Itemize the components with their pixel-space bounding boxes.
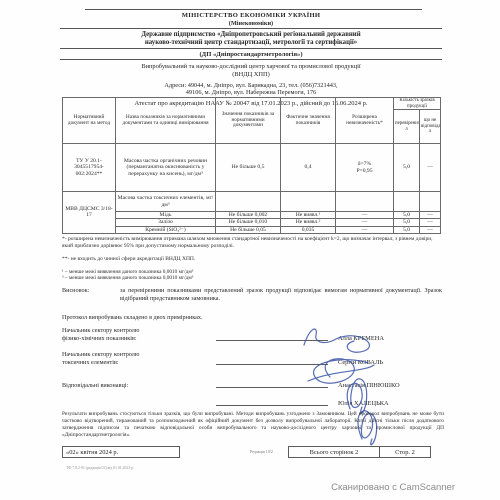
conclusion-label: Висновок:: [62, 287, 120, 304]
cell-samples-checked: 5,0: [394, 144, 420, 192]
cell-empty: [216, 192, 281, 212]
accreditation-footnote: **- не входить до чинної сфери акредитац…: [62, 256, 442, 263]
divider: [60, 28, 442, 29]
column-header-samples-checked: перевірених, л: [394, 110, 420, 144]
cell-norm-value: Не більше 0,002: [216, 212, 281, 219]
column-header-indicator: Назва показників за нормативними докумен…: [116, 98, 216, 144]
signature-name: Юлія ХАЛЕЦЬКА: [328, 400, 389, 407]
results-table: Нормативний документ на метод Назва пока…: [62, 97, 440, 234]
signature-line: [216, 332, 328, 341]
cell-uncertainty: —: [336, 226, 394, 233]
cell-indicator: Масова частка органічних речовин (перман…: [116, 144, 216, 192]
conclusion-text: за перевіреними показниками представлени…: [120, 287, 442, 304]
cell-empty: [281, 192, 336, 212]
cell-uncertainty: δ=7% Р=0,95: [336, 144, 394, 192]
cell-indicator: Кремній (SiO₃²⁻): [116, 226, 216, 233]
cell-indicator: Залізо: [116, 219, 216, 226]
divider: [60, 48, 442, 49]
signature-block: Начальник сектору контролю фізико-хімічн…: [62, 327, 442, 408]
cell-method: ТУ У 20.1-3045517954-002:2024**: [63, 144, 116, 192]
cell-actual: Не виявл.²: [281, 219, 336, 226]
cell-empty: [336, 192, 394, 212]
signature-line: [216, 397, 328, 406]
signature-name: Алла КРЕМЕНА: [328, 335, 384, 342]
ministry-abbr: (Мінекономіки): [60, 20, 442, 27]
ministry-title: МІНІСТЕРСТВО ЕКОНОМІКИ УКРАЇНИ: [60, 12, 442, 20]
divider: [60, 59, 442, 60]
date-box: «02» квітня 2024 р.: [62, 446, 180, 458]
pages-total: Всього сторінок 2: [288, 446, 380, 458]
cell-samples-nonconform: —: [420, 212, 441, 219]
form-reference: ТФ 7.8.2-01 (редакція 02) від 01.01.2023…: [66, 465, 134, 470]
cell-method: МВВ ДЦСМС 3/18-17: [63, 192, 116, 234]
signature-row: Начальник сектору контролю фізико-хімічн…: [62, 327, 442, 343]
cell-samples-checked: 5,0: [394, 212, 420, 219]
uncertainty-footnote: *- розширена невизначеність вимірювання …: [62, 236, 442, 250]
cell-samples-nonconform: —: [420, 144, 441, 192]
cell-empty: [394, 192, 420, 212]
signature-role: Відповідальні виконавці:: [62, 382, 214, 390]
table-row-group: МВВ ДЦСМС 3/18-17 Масова частка токсични…: [63, 192, 441, 212]
table-row: Залізо Не більше 0,010 Не виявл.² — 5,0 …: [63, 219, 441, 226]
detection-limit-footnote-2: ² – менше межі виявлення даного показник…: [62, 275, 442, 282]
enterprise-name: Державне підприємство «Дніпропетровський…: [60, 31, 442, 47]
column-header-samples-nonconform: що не відповідає, л: [420, 110, 441, 144]
protocol-copies-note: Протокол випробувань складено в двох при…: [62, 314, 203, 321]
column-header-method: Нормативний документ на метод: [63, 98, 116, 144]
cell-empty: [420, 192, 441, 212]
cell-actual: Не виявл.¹: [281, 212, 336, 219]
results-disclaimer: Результати випробувань стосуються тільки…: [62, 411, 444, 439]
cell-group-indicator: Масова частка токсичних елементів, мг/дм…: [116, 192, 216, 212]
detection-limit-footnote-1: ¹ – менше межі виявлення даного показник…: [62, 269, 442, 276]
test-center-abbr: (ВНДЦ ХПП): [60, 71, 442, 79]
pagination: Всього сторінок 2 Стор. 2: [288, 446, 431, 458]
column-header-uncertainty: Розширена невизначеність*: [336, 98, 394, 144]
signature-row: Юлія ХАЛЕЦЬКА: [62, 397, 442, 408]
column-header-norm-value: Значення показників за нормативними доку…: [216, 98, 281, 144]
signature-row: Начальник сектору контролю токсичних еле…: [62, 351, 442, 367]
signature-role: Начальник сектору контролю фізико-хімічн…: [62, 327, 214, 343]
footnotes: *- розширена невизначеність вимірювання …: [62, 236, 442, 282]
conclusion-block: Висновок: за перевіреними показниками пр…: [62, 287, 442, 304]
cell-indicator: Мідь: [116, 212, 216, 219]
cell-samples-nonconform: —: [420, 219, 441, 226]
signature-name: Анастасія ПІНЮШКО: [328, 382, 400, 389]
cell-samples-nonconform: —: [420, 226, 441, 233]
address-line-1: Адреси: 49044, м. Дніпро, вул. Барикадна…: [60, 82, 442, 89]
signature-role: Начальник сектору контролю токсичних еле…: [62, 351, 214, 367]
signature-line: [216, 356, 328, 365]
table-row: Кремній (SiO₃²⁻) Не більше 0,05 0,035 — …: [63, 226, 441, 233]
page-current: Стор. 2: [379, 446, 431, 458]
cell-uncertainty: —: [336, 219, 394, 226]
test-center-name: Випробувальний та науково-дослідний цент…: [60, 63, 442, 71]
cell-actual: 0,4: [281, 144, 336, 192]
cell-actual: 0,035: [281, 226, 336, 233]
address-line-2: 49106, м. Дніпро, вул. Набережна Перемог…: [60, 89, 442, 96]
enterprise-abbr: (ДП «Дніпростандартметрологія»): [60, 51, 442, 59]
cell-norm-value: Не більше 0,5: [216, 144, 281, 192]
camscanner-watermark: Сканировано с CamScanner: [331, 482, 455, 493]
cell-norm-value: Не більше 0,05: [216, 226, 281, 233]
table-row: ТУ У 20.1-3045517954-002:2024** Масова ч…: [63, 144, 441, 192]
cell-norm-value: Не більше 0,010: [216, 219, 281, 226]
cell-samples-checked: 5,0: [394, 219, 420, 226]
divider: [85, 9, 422, 10]
document-header: МІНІСТЕРСТВО ЕКОНОМІКИ УКРАЇНИ (Мінеконо…: [60, 8, 442, 108]
column-header-samples-group: Кількість зразків продукції: [394, 98, 441, 110]
signature-name: Сергій КОВАЛЬ: [328, 359, 383, 366]
cell-samples-checked: 5,0: [394, 226, 420, 233]
cell-uncertainty: —: [336, 212, 394, 219]
table-row: Мідь Не більше 0,002 Не виявл.¹ — 5,0 —: [63, 212, 441, 219]
signature-line: [216, 379, 328, 388]
form-edition-note: Редакція 10/2: [250, 449, 273, 454]
signature-row: Відповідальні виконавці: Анастасія ПІНЮШ…: [62, 379, 442, 390]
scanned-document-page: МІНІСТЕРСТВО ЕКОНОМІКИ УКРАЇНИ (Мінеконо…: [0, 0, 500, 500]
column-header-actual: Фактичне значення показників: [281, 98, 336, 144]
